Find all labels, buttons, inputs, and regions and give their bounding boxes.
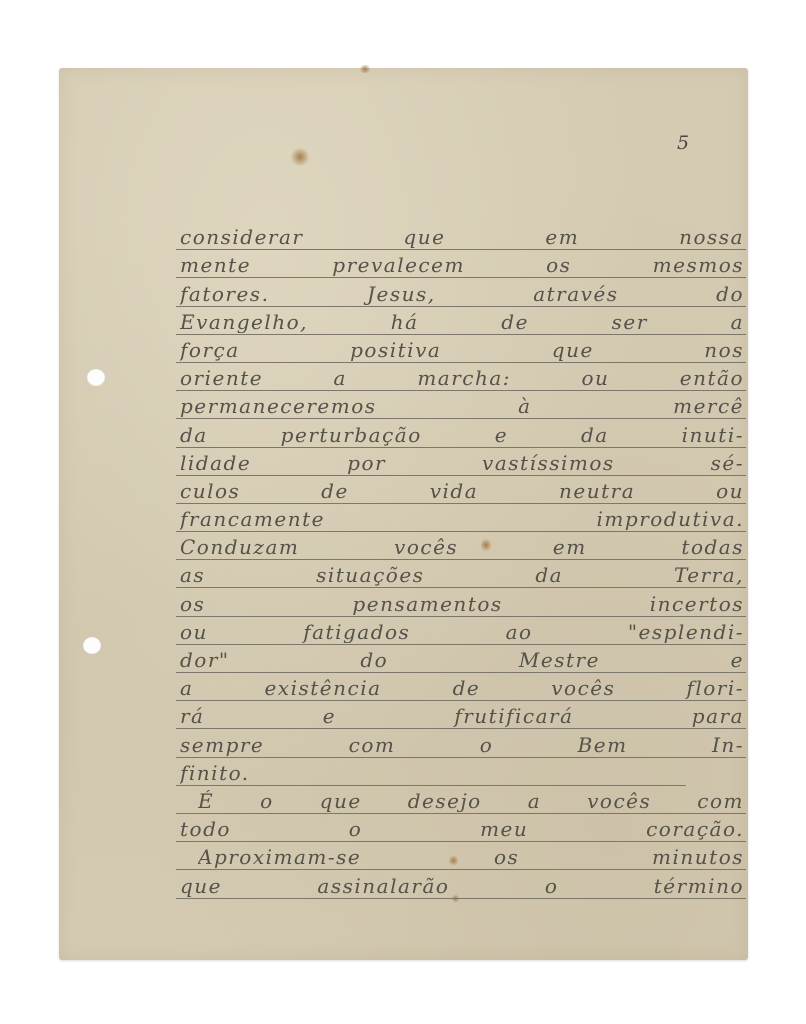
line-text: mente prevalecem os mesmos (180, 254, 744, 276)
text-line: ou fatigados ao "esplendi- (176, 617, 746, 645)
line-text: da perturbação e da inuti- (180, 424, 744, 446)
line-text: força positiva que nos (180, 339, 744, 361)
line-text: os pensamentos incertos (180, 593, 744, 615)
text-line: É o que desejo a vocês com (176, 786, 746, 814)
punch-hole (87, 369, 105, 386)
line-text: as situações da Terra, (180, 564, 744, 586)
text-line: sempre com o Bem In- (176, 729, 746, 757)
line-text: Aproximam-se os minutos (198, 846, 744, 868)
line-text: fatores. Jesus, através do (180, 283, 744, 305)
text-line: Evangelho, há de ser a (176, 307, 746, 335)
line-text: Evangelho, há de ser a (180, 311, 744, 333)
handwritten-text-body: considerar que em nossa mente prevalecem… (176, 222, 746, 899)
text-line: francamente improdutiva. (176, 504, 746, 532)
text-line: dor" do Mestre e (176, 645, 746, 673)
line-text: Conduzam vocês em todas (180, 536, 744, 558)
text-line: lidade por vastíssimos sé- (176, 448, 746, 476)
text-line: a existência de vocês flori- (176, 673, 746, 701)
text-line: oriente a marcha: ou então (176, 363, 746, 391)
line-text: culos de vida neutra ou (180, 480, 744, 502)
line-text: considerar que em nossa (180, 226, 744, 248)
text-line: força positiva que nos (176, 335, 746, 363)
line-text: lidade por vastíssimos sé- (180, 452, 744, 474)
line-text: rá e frutificará para (180, 705, 744, 727)
text-line: mente prevalecem os mesmos (176, 250, 746, 278)
text-line: considerar que em nossa (176, 222, 746, 250)
line-text: que assinalarão o término (180, 875, 744, 897)
text-line: finito. (176, 758, 686, 786)
text-line: culos de vida neutra ou (176, 476, 746, 504)
line-text: ou fatigados ao "esplendi- (180, 621, 744, 643)
line-text: permaneceremos à mercê (180, 395, 744, 417)
text-line: da perturbação e da inuti- (176, 419, 746, 447)
line-text: sempre com o Bem In- (180, 734, 744, 756)
line-text: a existência de vocês flori- (180, 677, 744, 699)
page-number: 5 (677, 132, 689, 154)
line-text: francamente improdutiva. (180, 508, 744, 530)
text-line: Aproximam-se os minutos (176, 842, 746, 870)
punch-hole (83, 637, 101, 654)
text-line: os pensamentos incertos (176, 588, 746, 616)
foxing-spot (359, 65, 371, 73)
foxing-spot (291, 148, 309, 166)
text-line: as situações da Terra, (176, 560, 746, 588)
text-line: permaneceremos à mercê (176, 391, 746, 419)
line-text: oriente a marcha: ou então (180, 367, 744, 389)
text-line: Conduzam vocês em todas (176, 532, 746, 560)
line-text: finito. (180, 762, 250, 784)
text-line: todo o meu coração. (176, 814, 746, 842)
text-line: fatores. Jesus, através do (176, 278, 746, 306)
text-line: que assinalarão o término (176, 870, 746, 898)
text-line: rá e frutificará para (176, 701, 746, 729)
line-text: dor" do Mestre e (180, 649, 744, 671)
line-text: É o que desejo a vocês com (198, 790, 744, 812)
line-text: todo o meu coração. (180, 818, 744, 840)
